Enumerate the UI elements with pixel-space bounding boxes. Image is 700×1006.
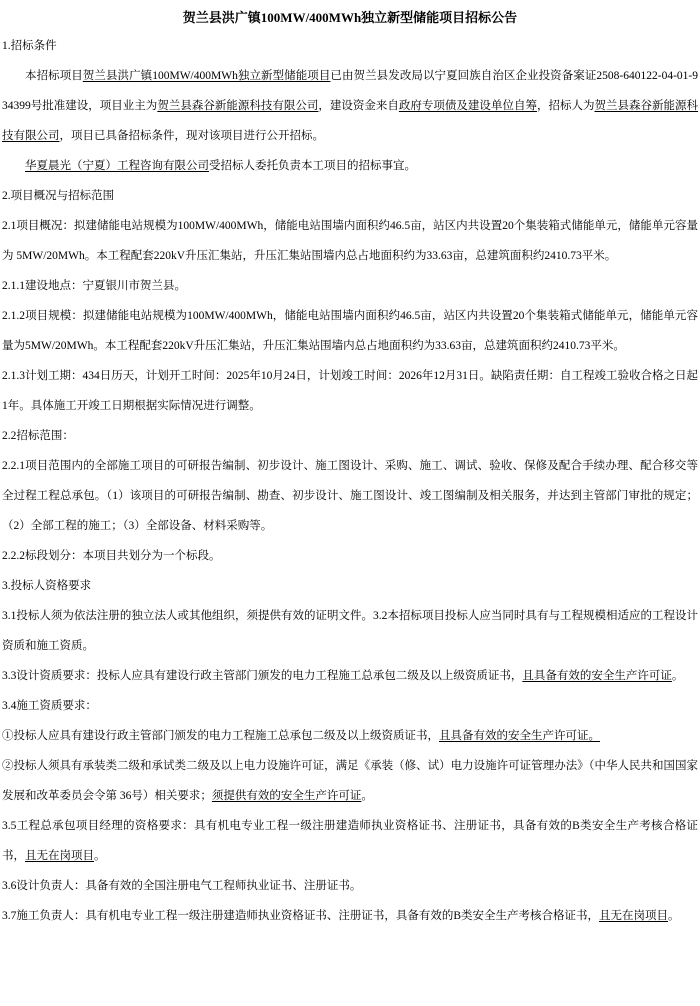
paragraph-3-5-project-manager: 3.5工程总承包项目经理的资格要求：具有机电专业工程一级注册建造师执业资格证书、…	[2, 811, 698, 871]
paragraph-project-approval: 本招标项目贺兰县洪广镇100MW/400MWh独立新型储能项目已由贺兰县发改局以…	[2, 61, 698, 151]
text-run: 2.1项目概况：拟建储能电站规模为100MW/400MWh，储能电站围墙内面积约…	[2, 220, 698, 262]
underlined-agent-company: 华夏晨光（宁夏）工程咨询有限公司	[25, 160, 209, 172]
paragraph-2-2-1-scope-detail: 2.2.1项目范围内的全部施工项目的可研报告编制、初步设计、施工图设计、采购、施…	[2, 451, 698, 541]
heading-bidder-qualification: 3.投标人资格要求	[2, 571, 698, 601]
text-run: 。	[94, 850, 106, 862]
text-run: 。	[668, 910, 680, 922]
paragraph-2-2-2-section-division: 2.2.2标段划分：本项目共划分为一个标段。	[2, 541, 698, 571]
text-run: 2.1.2项目规模：拟建储能电站规模为100MW/400MWh，储能电站围墙内面…	[2, 310, 698, 352]
paragraph-2-1-3-schedule: 2.1.3计划工期：434日历天，计划开工时间：2025年10月24日，计划竣工…	[2, 361, 698, 421]
paragraph-2-1-1-location: 2.1.1建设地点：宁夏银川市贺兰县。	[2, 271, 698, 301]
paragraph-3-6-design-lead: 3.6设计负责人：具备有效的全国注册电气工程师执业证书、注册证书。	[2, 871, 698, 901]
text-run: 3.3设计资质要求：投标人应具有建设行政主管部门颁发的电力工程施工总承包二级及以…	[2, 670, 522, 682]
paragraph-3-4-construction-qualification: 3.4施工资质要求：	[2, 691, 698, 721]
paragraph-3-4-item-1: ①投标人应具有建设行政主管部门颁发的电力工程施工总承包二级及以上级资质证书，且具…	[2, 721, 698, 751]
paragraph-3-3-design-qualification: 3.3设计资质要求：投标人应具有建设行政主管部门颁发的电力工程施工总承包二级及以…	[2, 661, 698, 691]
text-run: 本招标项目	[25, 70, 83, 82]
text-run: ，建设资金来自	[318, 100, 399, 112]
underlined-funding-source: 政府专项债及建设单位自筹	[399, 100, 537, 112]
underlined-safety-license: 且具备有效的安全生产许可证。	[439, 730, 600, 742]
paragraph-2-2-bid-scope: 2.2招标范围：	[2, 421, 698, 451]
underlined-safety-license: 须提供有效的安全生产许可证	[212, 790, 362, 802]
text-run: ，招标人为	[537, 100, 595, 112]
text-run: 2.2招标范围：	[2, 430, 74, 442]
underlined-no-active-project: 且无在岗项目	[599, 910, 668, 922]
heading-text: 1.招标条件	[2, 40, 57, 52]
heading-bid-conditions: 1.招标条件	[2, 31, 698, 61]
paragraph-2-1-project-overview: 2.1项目概况：拟建储能电站规模为100MW/400MWh，储能电站围墙内面积约…	[2, 211, 698, 271]
text-run: 3.7施工负责人：具有机电专业工程一级注册建造师执业资格证书、注册证书，具备有效…	[2, 910, 599, 922]
tender-announcement-document: 贺兰县洪广镇100MW/400MWh独立新型储能项目招标公告 1.招标条件 本招…	[0, 0, 700, 931]
paragraph-3-4-item-2: ②投标人须具有承装类二级和承试类二级及以上电力设施许可证，满足《承装（修、试）电…	[2, 751, 698, 811]
underlined-project-name: 贺兰县洪广镇100MW/400MWh独立新型储能项目	[83, 70, 331, 82]
paragraph-3-7-construction-lead: 3.7施工负责人：具有机电专业工程一级注册建造师执业资格证书、注册证书，具备有效…	[2, 901, 698, 931]
text-run: 。	[361, 790, 373, 802]
text-run: 2.2.2标段划分：本项目共划分为一个标段。	[2, 550, 221, 562]
text-run: 3.5工程总承包项目经理的资格要求：具有机电专业工程一级注册建造师执业资格证书、…	[2, 820, 698, 862]
heading-text: 2.项目概况与招标范围	[2, 190, 114, 202]
text-run: 3.6设计负责人：具备有效的全国注册电气工程师执业证书、注册证书。	[2, 880, 361, 892]
text-run: ，项目已具备招标条件，现对该项目进行公开招标。	[60, 130, 325, 142]
heading-text: 3.投标人资格要求	[2, 580, 91, 592]
text-run: 2.1.3计划工期：434日历天，计划开工时间：2025年10月24日，计划竣工…	[2, 370, 698, 412]
text-run: 3.4施工资质要求：	[2, 700, 97, 712]
text-run: 。	[672, 670, 684, 682]
document-title: 贺兰县洪广镇100MW/400MWh独立新型储能项目招标公告	[2, 5, 698, 31]
text-run: 2.1.1建设地点：宁夏银川市贺兰县。	[2, 280, 186, 292]
underlined-safety-license: 且具备有效的安全生产许可证	[522, 670, 672, 682]
paragraph-tender-agent: 华夏晨光（宁夏）工程咨询有限公司受招标人委托负责本工项目的招标事宜。	[2, 151, 698, 181]
underlined-no-active-project: 且无在岗项目	[25, 850, 94, 862]
text-run: ①投标人应具有建设行政主管部门颁发的电力工程施工总承包二级及以上级资质证书，	[2, 730, 439, 742]
text-run: 2.2.1项目范围内的全部施工项目的可研报告编制、初步设计、施工图设计、采购、施…	[2, 460, 698, 532]
paragraph-2-1-2-project-scale: 2.1.2项目规模：拟建储能电站规模为100MW/400MWh，储能电站围墙内面…	[2, 301, 698, 361]
text-run: 3.1投标人须为依法注册的独立法人或其他组织，须提供有效的证明文件。3.2本招标…	[2, 610, 698, 652]
paragraph-3-1-3-2-legal-entity: 3.1投标人须为依法注册的独立法人或其他组织，须提供有效的证明文件。3.2本招标…	[2, 601, 698, 661]
underlined-owner-company: 贺兰县森谷新能源科技有限公司	[157, 100, 318, 112]
heading-project-overview-scope: 2.项目概况与招标范围	[2, 181, 698, 211]
text-run: 受招标人委托负责本工项目的招标事宜。	[209, 160, 416, 172]
